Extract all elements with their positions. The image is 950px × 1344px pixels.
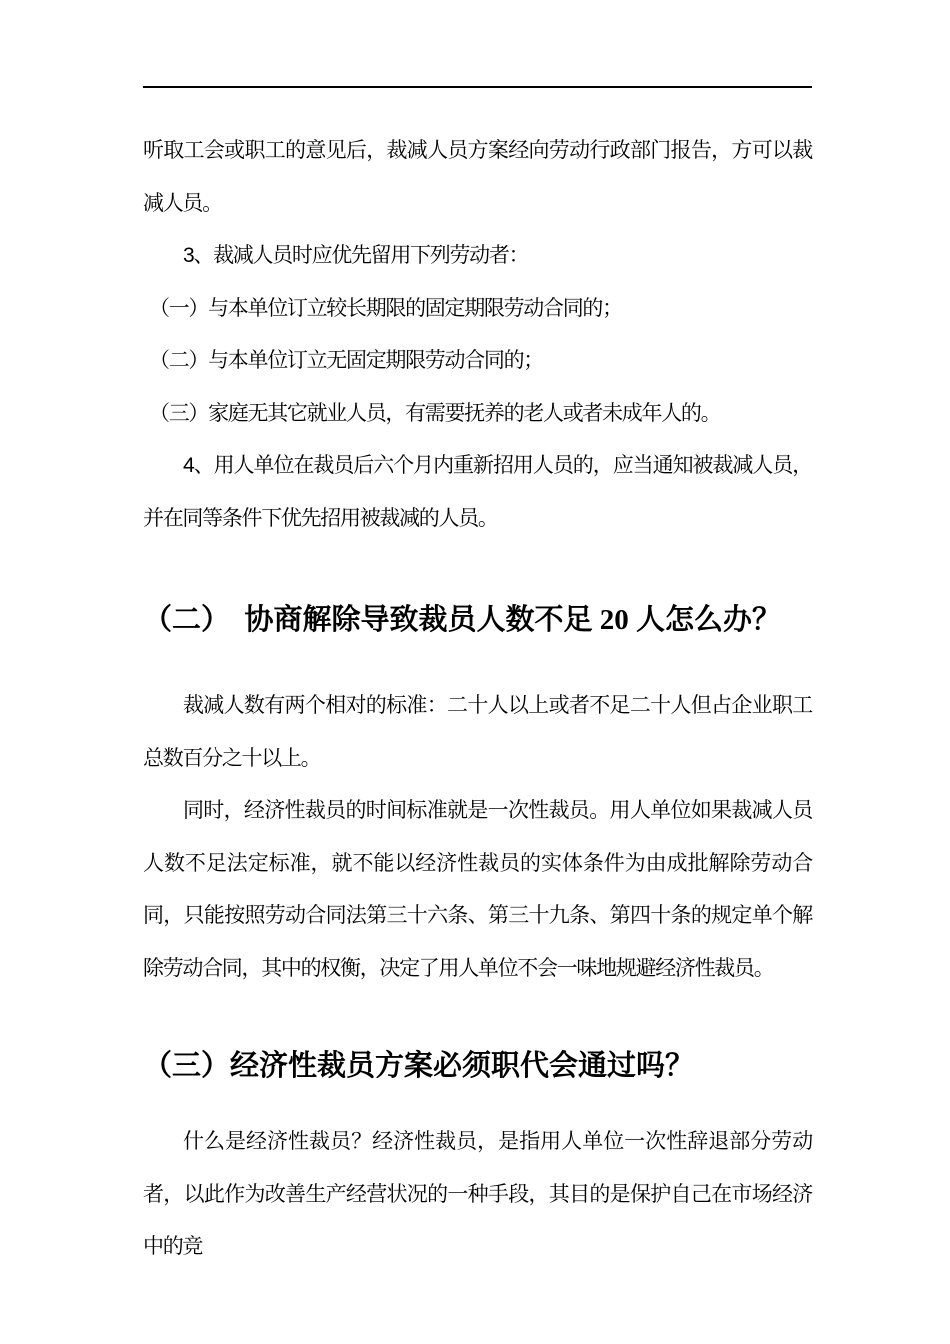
paragraph-continuation: 听取工会或职工的意见后，裁减人员方案经向劳动行政部门报告，方可以裁减人员。 [143, 125, 812, 230]
sub-item-3: （三）家庭无其它就业人员，有需要抚养的老人或者未成年人的。 [143, 388, 812, 441]
list-item-4: 4、用人单位在裁员后六个月内重新招用人员的，应当通知被裁减人员，并在同等条件下优… [143, 440, 812, 545]
sub-item-2: （二）与本单位订立无固定期限劳动合同的； [143, 335, 812, 388]
section-3-paragraph-1: 什么是经济性裁员？经济性裁员，是指用人单位一次性辞退部分劳动者，以此作为改善生产… [143, 1116, 812, 1274]
section-3-heading: （三）经济性裁员方案必须职代会通过吗？ [143, 1046, 812, 1086]
list-item-3: 3、裁减人员时应优先留用下列劳动者： [143, 230, 812, 283]
header-divider-rule [143, 86, 812, 88]
section-2-paragraph-2: 同时，经济性裁员的时间标准就是一次性裁员。用人单位如果裁减人员人数不足法定标准，… [143, 785, 812, 995]
section-2-paragraph-1: 裁减人数有两个相对的标准：二十人以上或者不足二十人但占企业职工总数百分之十以上。 [143, 680, 812, 785]
document-page: 听取工会或职工的意见后，裁减人员方案经向劳动行政部门报告，方可以裁减人员。 3、… [0, 0, 950, 1344]
sub-item-1: （一）与本单位订立较长期限的固定期限劳动合同的； [143, 283, 812, 336]
section-2-heading: （二） 协商解除导致裁员人数不足 20 人怎么办？ [143, 600, 812, 640]
